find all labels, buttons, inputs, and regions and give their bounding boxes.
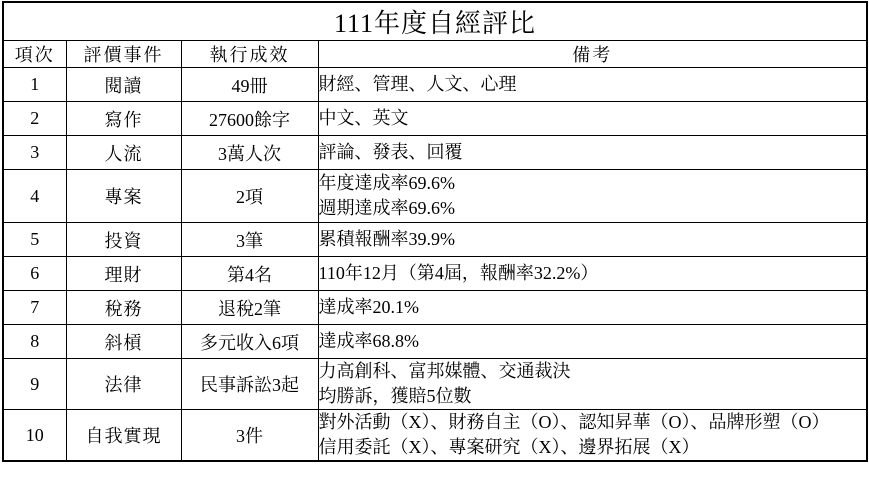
cell-event: 斜槓 bbox=[66, 325, 181, 359]
cell-remark: 財經、管理、人文、心理 bbox=[318, 68, 867, 102]
table-row: 8 斜槓 多元收入6項 達成率68.8% bbox=[3, 325, 867, 359]
cell-event: 專案 bbox=[66, 170, 181, 223]
document-page: 111年度自經評比 項次 評價事件 執行成效 備考 1 閱讀 49冊 財經、管理… bbox=[0, 0, 869, 481]
table-row: 1 閱讀 49冊 財經、管理、人文、心理 bbox=[3, 68, 867, 102]
cell-item-no: 2 bbox=[3, 102, 66, 136]
table-row: 9 法律 民事訴訟3起 力高創科、富邦媒體、交通裁決 均勝訴，獲賠5位數 bbox=[3, 359, 867, 410]
cell-remark: 中文、英文 bbox=[318, 102, 867, 136]
cell-result: 第4名 bbox=[181, 257, 318, 291]
remark-line: 評論、發表、回覆 bbox=[319, 140, 867, 165]
table-row: 4 專案 2項 年度達成率69.6% 週期達成率69.6% bbox=[3, 170, 867, 223]
col-header-result: 執行成效 bbox=[181, 41, 318, 68]
cell-remark: 110年12月（第4屆，報酬率32.2%） bbox=[318, 257, 867, 291]
cell-item-no: 9 bbox=[3, 359, 66, 410]
cell-result: 民事訴訟3起 bbox=[181, 359, 318, 410]
cell-event: 法律 bbox=[66, 359, 181, 410]
cell-result: 3萬人次 bbox=[181, 136, 318, 170]
cell-item-no: 6 bbox=[3, 257, 66, 291]
cell-remark: 累積報酬率39.9% bbox=[318, 223, 867, 257]
cell-remark: 評論、發表、回覆 bbox=[318, 136, 867, 170]
col-header-item-no: 項次 bbox=[3, 41, 66, 68]
cell-event: 自我實現 bbox=[66, 410, 181, 462]
cell-result: 49冊 bbox=[181, 68, 318, 102]
table-row: 10 自我實現 3件 對外活動（X）、財務自主（O）、認知昇華（O）、品牌形塑（… bbox=[3, 410, 867, 462]
cell-result: 3筆 bbox=[181, 223, 318, 257]
remark-line: 中文、英文 bbox=[319, 106, 867, 131]
col-header-remark: 備考 bbox=[318, 41, 867, 68]
cell-result: 27600餘字 bbox=[181, 102, 318, 136]
cell-event: 人流 bbox=[66, 136, 181, 170]
remark-line: 年度達成率69.6% bbox=[319, 171, 867, 196]
table-row: 2 寫作 27600餘字 中文、英文 bbox=[3, 102, 867, 136]
cell-event: 理財 bbox=[66, 257, 181, 291]
table-title-row: 111年度自經評比 bbox=[3, 2, 867, 41]
table-row: 5 投資 3筆 累積報酬率39.9% bbox=[3, 223, 867, 257]
table-header-row: 項次 評價事件 執行成效 備考 bbox=[3, 41, 867, 68]
remark-line: 達成率20.1% bbox=[319, 295, 867, 320]
remark-line: 週期達成率69.6% bbox=[319, 196, 867, 221]
cell-item-no: 1 bbox=[3, 68, 66, 102]
cell-item-no: 4 bbox=[3, 170, 66, 223]
remark-line: 110年12月（第4屆，報酬率32.2%） bbox=[319, 261, 867, 286]
cell-remark: 年度達成率69.6% 週期達成率69.6% bbox=[318, 170, 867, 223]
cell-item-no: 5 bbox=[3, 223, 66, 257]
cell-item-no: 7 bbox=[3, 291, 66, 325]
cell-event: 閱讀 bbox=[66, 68, 181, 102]
cell-remark: 力高創科、富邦媒體、交通裁決 均勝訴，獲賠5位數 bbox=[318, 359, 867, 410]
cell-result: 3件 bbox=[181, 410, 318, 462]
table-row: 3 人流 3萬人次 評論、發表、回覆 bbox=[3, 136, 867, 170]
remark-line: 信用委託（X）、專案研究（X）、邊界拓展（X） bbox=[319, 435, 867, 460]
cell-event: 寫作 bbox=[66, 102, 181, 136]
table-row: 7 稅務 退稅2筆 達成率20.1% bbox=[3, 291, 867, 325]
cell-item-no: 10 bbox=[3, 410, 66, 462]
cell-item-no: 3 bbox=[3, 136, 66, 170]
evaluation-table: 111年度自經評比 項次 評價事件 執行成效 備考 1 閱讀 49冊 財經、管理… bbox=[2, 1, 868, 462]
page-title: 111年度自經評比 bbox=[3, 2, 867, 41]
cell-remark: 對外活動（X）、財務自主（O）、認知昇華（O）、品牌形塑（O） 信用委託（X）、… bbox=[318, 410, 867, 462]
remark-line: 累積報酬率39.9% bbox=[319, 227, 867, 252]
remark-line: 力高創科、富邦媒體、交通裁決 bbox=[319, 359, 867, 384]
remark-line: 財經、管理、人文、心理 bbox=[319, 72, 867, 97]
cell-result: 多元收入6項 bbox=[181, 325, 318, 359]
cell-event: 投資 bbox=[66, 223, 181, 257]
cell-remark: 達成率20.1% bbox=[318, 291, 867, 325]
cell-item-no: 8 bbox=[3, 325, 66, 359]
remark-line: 均勝訴，獲賠5位數 bbox=[319, 384, 867, 409]
cell-event: 稅務 bbox=[66, 291, 181, 325]
table-row: 6 理財 第4名 110年12月（第4屆，報酬率32.2%） bbox=[3, 257, 867, 291]
cell-result: 退稅2筆 bbox=[181, 291, 318, 325]
remark-line: 達成率68.8% bbox=[319, 329, 867, 354]
col-header-event: 評價事件 bbox=[66, 41, 181, 68]
cell-result: 2項 bbox=[181, 170, 318, 223]
cell-remark: 達成率68.8% bbox=[318, 325, 867, 359]
remark-line: 對外活動（X）、財務自主（O）、認知昇華（O）、品牌形塑（O） bbox=[319, 410, 867, 435]
